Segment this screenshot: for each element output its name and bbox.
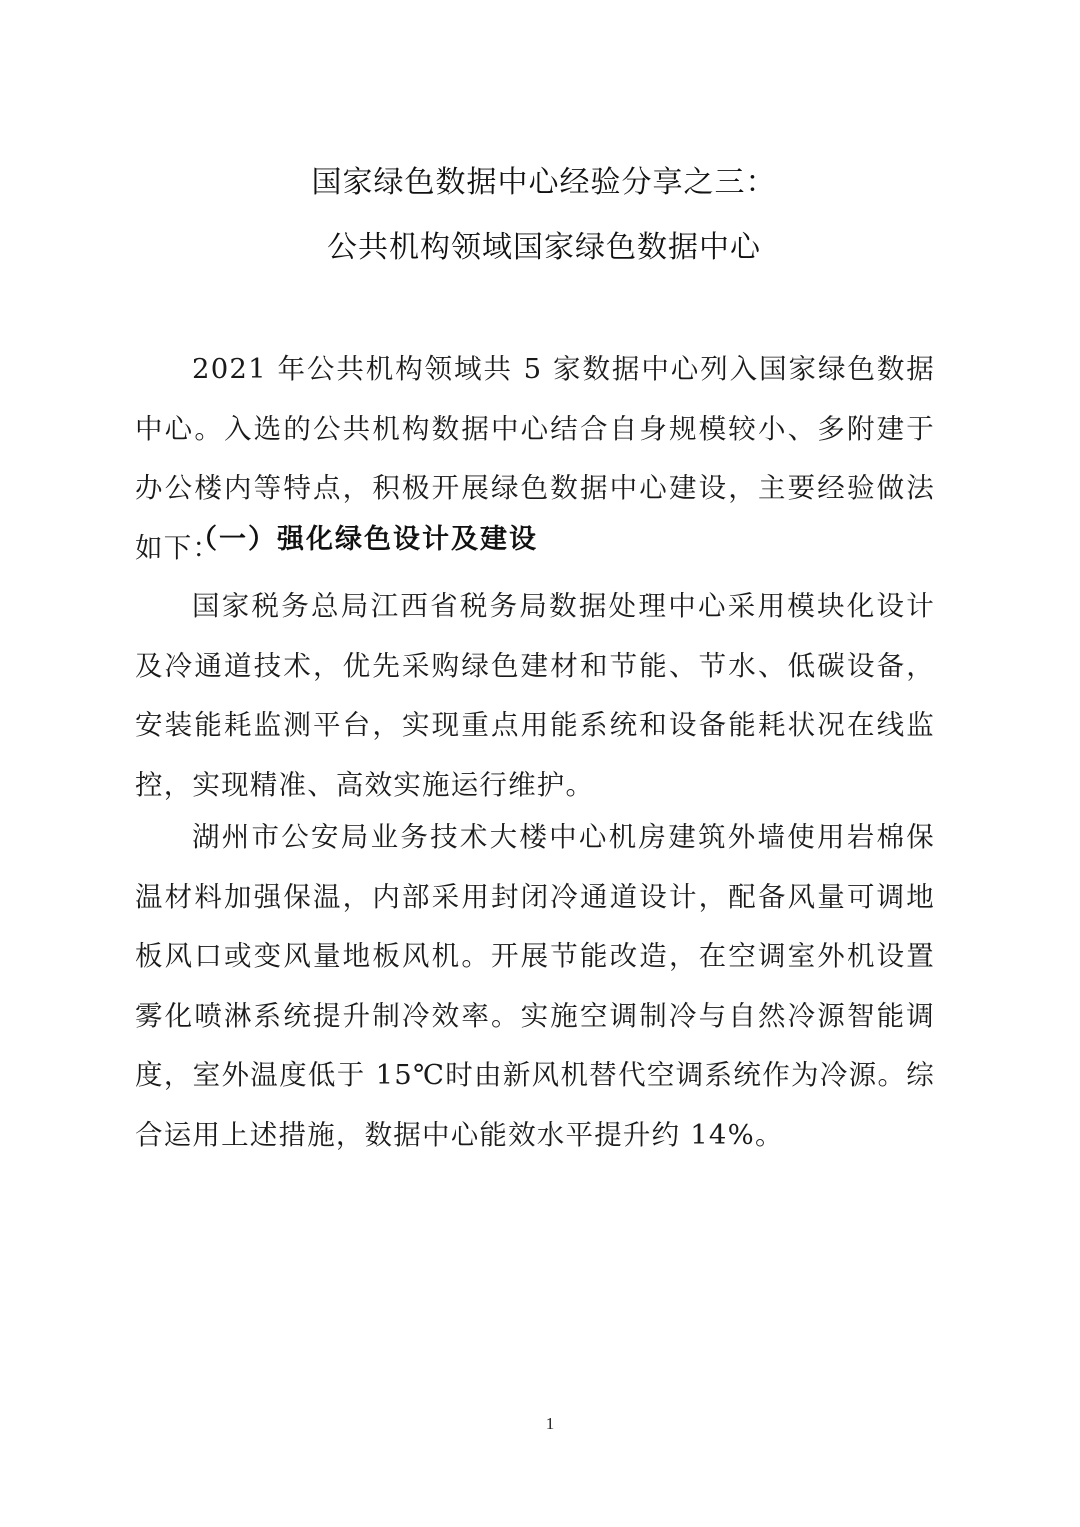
- paragraph-jiangxi-tax: 国家税务总局江西省税务局数据处理中心采用模块化设计及冷通道技术，优先采购绿色建材…: [135, 577, 935, 815]
- paragraph-huzhou-police: 湖州市公安局业务技术大楼中心机房建筑外墙使用岩棉保温材料加强保温，内部采用封闭冷…: [135, 808, 935, 1165]
- paragraph-block-huzhou: 湖州市公安局业务技术大楼中心机房建筑外墙使用岩棉保温材料加强保温，内部采用封闭冷…: [135, 808, 935, 1165]
- paragraph-block-jiangxi: 国家税务总局江西省税务局数据处理中心采用模块化设计及冷通道技术，优先采购绿色建材…: [135, 577, 935, 815]
- document-page: 国家绿色数据中心经验分享之三： 公共机构领域国家绿色数据中心 2021 年公共机…: [0, 0, 1080, 1527]
- section-heading: （一）强化绿色设计及建设: [190, 517, 538, 556]
- document-title-line-2: 公共机构领域国家绿色数据中心: [4, 222, 1080, 266]
- document-title-line-1: 国家绿色数据中心经验分享之三：: [4, 157, 1080, 201]
- page-number: 1: [0, 1414, 1080, 1434]
